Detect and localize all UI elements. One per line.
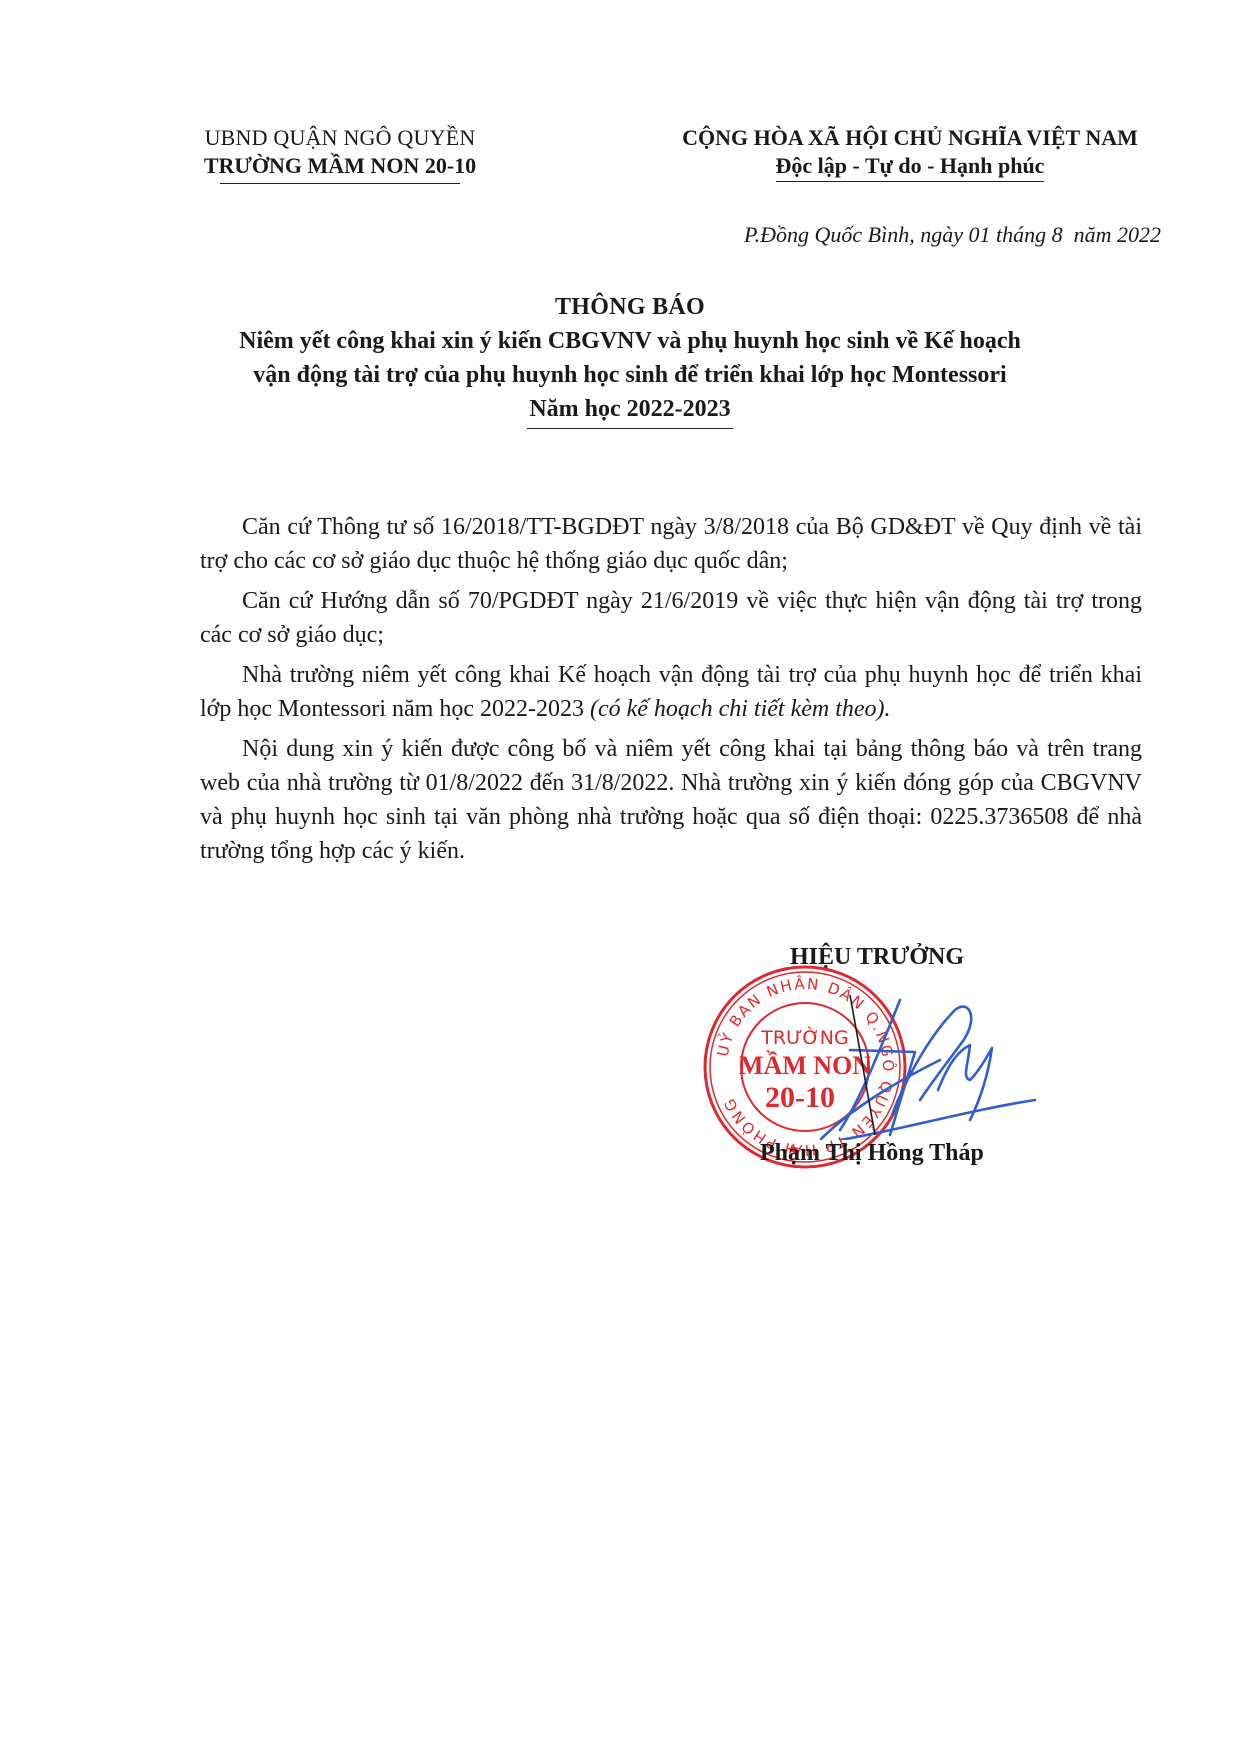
agency-name: UBND QUẬN NGÔ QUYỀN (150, 124, 530, 152)
paragraph-announcement: Nhà trường niêm yết công khai Kế hoạch v… (200, 658, 1142, 726)
paragraph-legal-basis-2: Căn cứ Hướng dẫn số 70/PGDĐT ngày 21/6/2… (200, 584, 1142, 652)
school-underline (220, 183, 460, 184)
place-date-line: P.Đồng Quốc Bình, ngày 01 tháng 8 năm 20… (744, 222, 1161, 248)
school-name: TRƯỜNG MẦM NON 20-10 (150, 152, 530, 180)
national-heading-block: CỘNG HÒA XÃ HỘI CHỦ NGHĨA VIỆT NAM Độc l… (630, 124, 1190, 182)
school-year: Năm học 2022-2023 (527, 392, 732, 429)
national-title: CỘNG HÒA XÃ HỘI CHỦ NGHĨA VIỆT NAM (630, 124, 1190, 152)
handwritten-signature-icon (820, 990, 1040, 1140)
document-title-block: THÔNG BÁO Niêm yết công khai xin ý kiến … (140, 290, 1120, 429)
signatory-name: Phạm Thị Hồng Tháp (760, 1140, 984, 1167)
issuing-authority-block: UBND QUẬN NGÔ QUYỀN TRƯỜNG MẦM NON 20-10 (150, 124, 530, 184)
paragraph-legal-basis-1: Căn cứ Thông tư số 16/2018/TT-BGDĐT ngày… (200, 510, 1142, 578)
subject-line-2: vận động tài trợ của phụ huynh học sinh … (140, 358, 1120, 392)
national-motto: Độc lập - Tự do - Hạnh phúc (776, 152, 1045, 182)
paragraph-feedback-details: Nội dung xin ý kiến được công bố và niêm… (200, 732, 1142, 868)
document-type: THÔNG BÁO (140, 290, 1120, 324)
subject-line-1: Niêm yết công khai xin ý kiến CBGVNV và … (140, 324, 1120, 358)
document-page: UBND QUẬN NGÔ QUYỀN TRƯỜNG MẦM NON 20-10… (0, 0, 1241, 1755)
attachment-note: (có kế hoạch chi tiết kèm theo). (590, 696, 891, 722)
document-body: Căn cứ Thông tư số 16/2018/TT-BGDĐT ngày… (200, 510, 1142, 874)
